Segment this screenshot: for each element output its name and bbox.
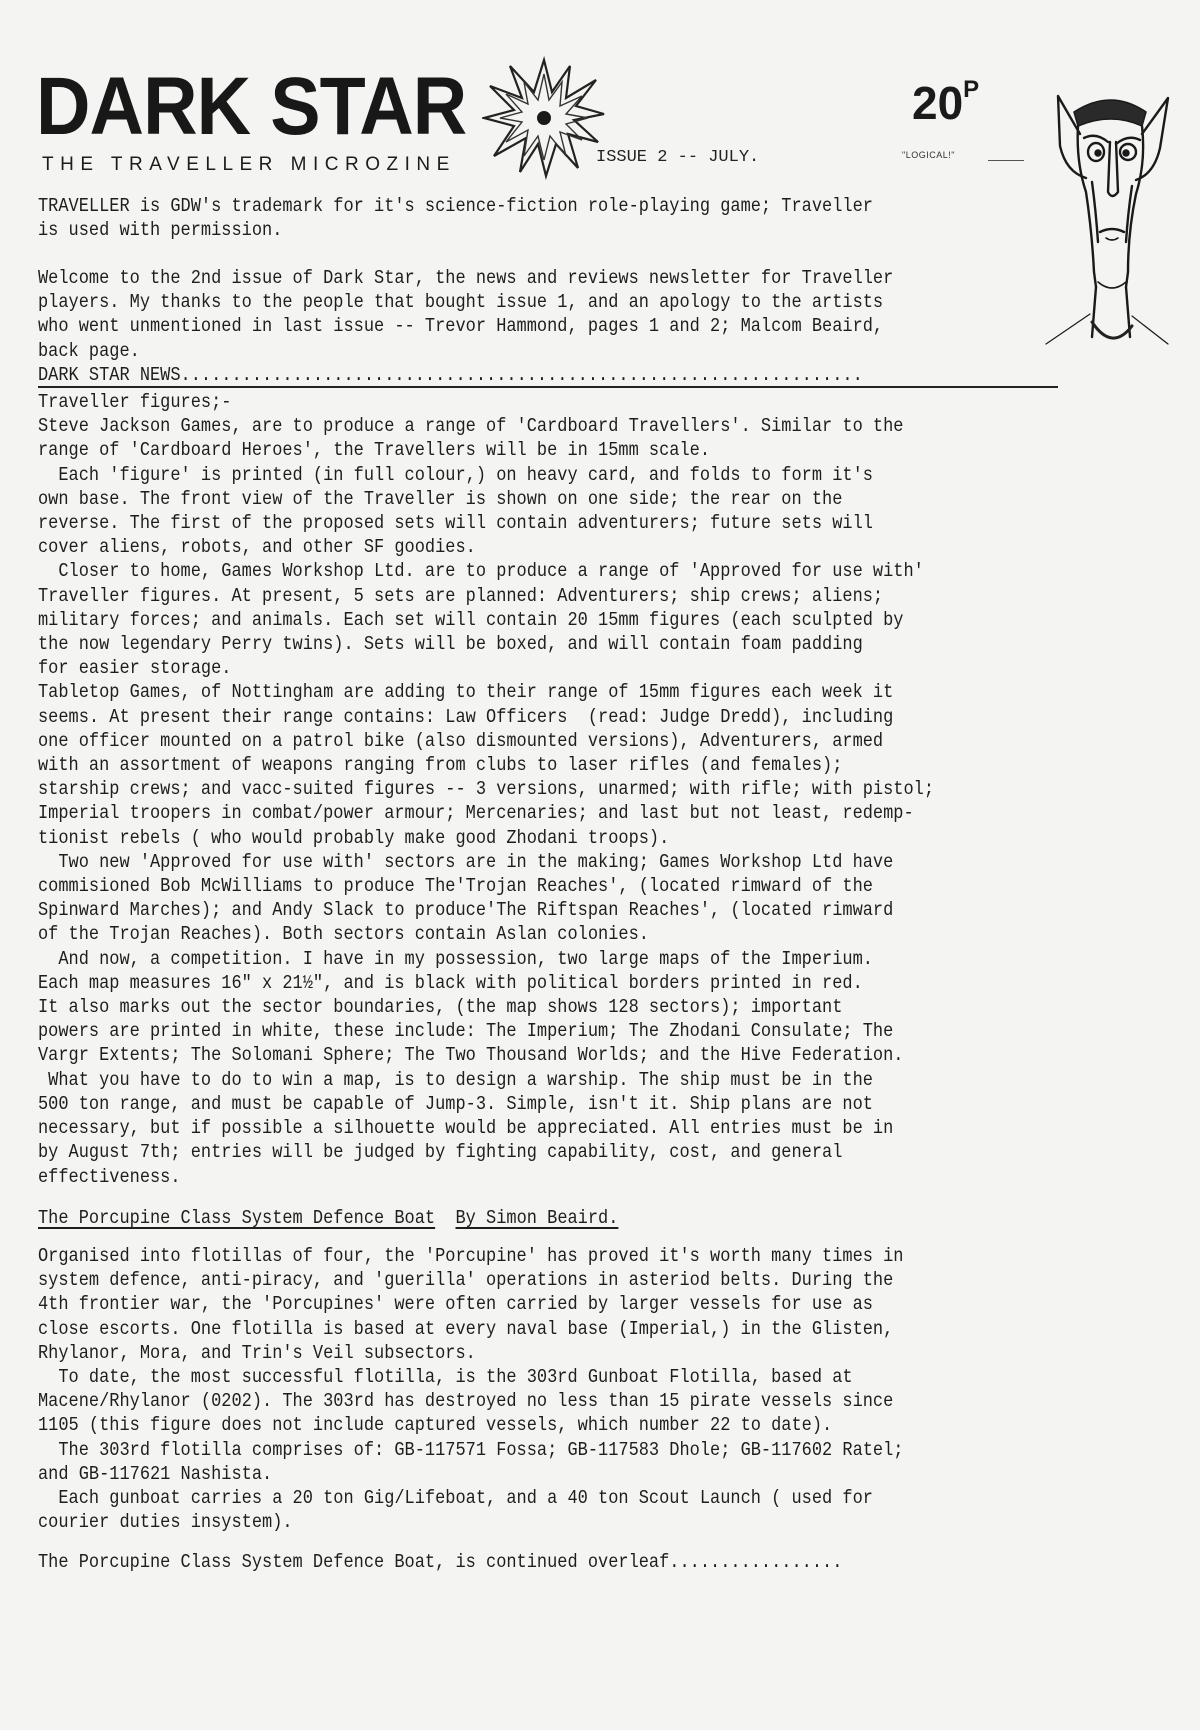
text-line: Organised into flotillas of four, the 'P… xyxy=(38,1244,936,1268)
continued-note: The Porcupine Class System Defence Boat,… xyxy=(38,1550,936,1574)
text-line: range of 'Cardboard Heroes', the Travell… xyxy=(38,438,936,462)
news-heading-leader: ........................................… xyxy=(181,364,863,386)
price-value: 20 xyxy=(912,77,963,129)
issue-label: ISSUE 2 -- JULY. xyxy=(596,148,759,167)
text-line: And now, a competition. I have in my pos… xyxy=(38,947,936,971)
text-line: for easier storage. xyxy=(38,656,936,680)
text-line: Traveller figures;- xyxy=(38,390,936,414)
text-line: is used with permission. xyxy=(38,218,936,242)
news-heading-label: DARK STAR NEWS xyxy=(38,364,181,386)
starburst-icon xyxy=(482,56,606,180)
text-line: Steve Jackson Games, are to produce a ra… xyxy=(38,414,936,438)
text-line: It also marks out the sector boundaries,… xyxy=(38,995,936,1019)
text-line: cover aliens, robots, and other SF goodi… xyxy=(38,535,936,559)
text-line: by August 7th; entries will be judged by… xyxy=(38,1140,936,1164)
alien-face-illustration xyxy=(1036,82,1186,362)
illustration-caption: "LOGICAL!" xyxy=(902,150,955,160)
text-line: back page. xyxy=(38,339,936,363)
text-line: Each 'figure' is printed (in full colour… xyxy=(38,463,936,487)
text-line: effectiveness. xyxy=(38,1165,936,1189)
welcome-paragraph: Welcome to the 2nd issue of Dark Star, t… xyxy=(38,266,936,363)
article-heading: The Porcupine Class System Defence Boat … xyxy=(38,1206,936,1230)
text-line: To date, the most successful flotilla, i… xyxy=(38,1365,936,1389)
text-line: tionist rebels ( who would probably make… xyxy=(38,826,936,850)
text-line: reverse. The first of the proposed sets … xyxy=(38,511,936,535)
masthead-subtitle: THE TRAVELLER MICROZINE xyxy=(42,154,456,176)
text-line: Welcome to the 2nd issue of Dark Star, t… xyxy=(38,266,936,290)
text-line: Each map measures 16" x 21½", and is bla… xyxy=(38,971,936,995)
text-line: Each gunboat carries a 20 ton Gig/Lifebo… xyxy=(38,1486,936,1510)
text-line: Vargr Extents; The Solomani Sphere; The … xyxy=(38,1043,936,1067)
text-line: military forces; and animals. Each set w… xyxy=(38,608,936,632)
trademark-notice: TRAVELLER is GDW's trademark for it's sc… xyxy=(38,194,936,242)
text-line: Imperial troopers in combat/power armour… xyxy=(38,801,936,825)
article-body: Organised into flotillas of four, the 'P… xyxy=(38,1244,936,1534)
text-line: with an assortment of weapons ranging fr… xyxy=(38,753,936,777)
text-line: courier duties insystem). xyxy=(38,1510,936,1534)
text-line: Traveller figures. At present, 5 sets ar… xyxy=(38,584,936,608)
text-line: The 303rd flotilla comprises of: GB-1175… xyxy=(38,1438,936,1462)
text-line: necessary, but if possible a silhouette … xyxy=(38,1116,936,1140)
text-line: What you have to do to win a map, is to … xyxy=(38,1068,936,1092)
text-line: close escorts. One flotilla is based at … xyxy=(38,1317,936,1341)
newsletter-page: DARK STAR THE TRAVELLER MICROZINE ISSUE … xyxy=(0,0,1200,1730)
text-line: 4th frontier war, the 'Porcupines' were … xyxy=(38,1292,936,1316)
text-line: Two new 'Approved for use with' sectors … xyxy=(38,850,936,874)
text-line: Tabletop Games, of Nottingham are adding… xyxy=(38,680,936,704)
text-line: Macene/Rhylanor (0202). The 303rd has de… xyxy=(38,1389,936,1413)
text-line: 1105 (this figure does not include captu… xyxy=(38,1413,936,1437)
article-title: The Porcupine Class System Defence Boat xyxy=(38,1207,435,1229)
text-line: of the Trojan Reaches). Both sectors con… xyxy=(38,922,936,946)
text-line: TRAVELLER is GDW's trademark for it's sc… xyxy=(38,194,936,218)
text-line: seems. At present their range contains: … xyxy=(38,705,936,729)
text-line: system defence, anti-piracy, and 'gueril… xyxy=(38,1268,936,1292)
masthead-title: DARK STAR xyxy=(36,66,466,148)
news-body: Traveller figures;-Steve Jackson Games, … xyxy=(38,390,936,1189)
text-line: Rhylanor, Mora, and Trin's Veil subsecto… xyxy=(38,1341,936,1365)
price-unit: P xyxy=(963,76,979,103)
section-divider xyxy=(38,386,1058,388)
text-line: Spinward Marches); and Andy Slack to pro… xyxy=(38,898,936,922)
text-line: who went unmentioned in last issue -- Tr… xyxy=(38,314,936,338)
caption-pointer-line xyxy=(988,160,1024,161)
text-line: 500 ton range, and must be capable of Ju… xyxy=(38,1092,936,1116)
text-line: powers are printed in white, these inclu… xyxy=(38,1019,936,1043)
article-byline: By Simon Beaird. xyxy=(455,1207,618,1229)
text-line: Closer to home, Games Workshop Ltd. are … xyxy=(38,559,936,583)
text-line: own base. The front view of the Travelle… xyxy=(38,487,936,511)
text-line: players. My thanks to the people that bo… xyxy=(38,290,936,314)
news-heading: DARK STAR NEWS..........................… xyxy=(38,363,936,387)
price-label: 20P xyxy=(912,80,979,126)
text-line: commisioned Bob McWilliams to produce Th… xyxy=(38,874,936,898)
text-line: the now legendary Perry twins). Sets wil… xyxy=(38,632,936,656)
text-line: one officer mounted on a patrol bike (al… xyxy=(38,729,936,753)
text-line: and GB-117621 Nashista. xyxy=(38,1462,936,1486)
text-line: starship crews; and vacc-suited figures … xyxy=(38,777,936,801)
